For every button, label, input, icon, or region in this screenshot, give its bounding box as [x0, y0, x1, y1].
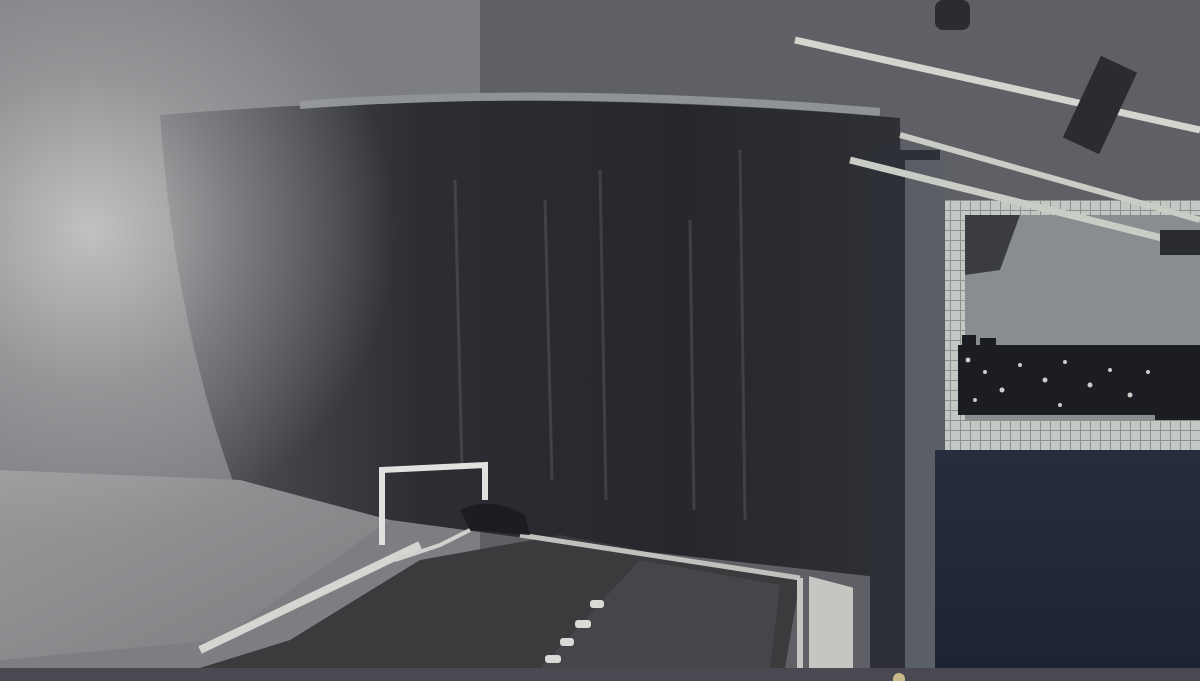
- monitor-bezel: [0, 668, 1200, 681]
- monitor-indicator-icon: [893, 673, 905, 681]
- scene-graphic: [0, 0, 1200, 681]
- camera-feed: [0, 0, 1200, 681]
- city-skyline: [958, 335, 1200, 422]
- lower-right-wall: [935, 450, 1200, 670]
